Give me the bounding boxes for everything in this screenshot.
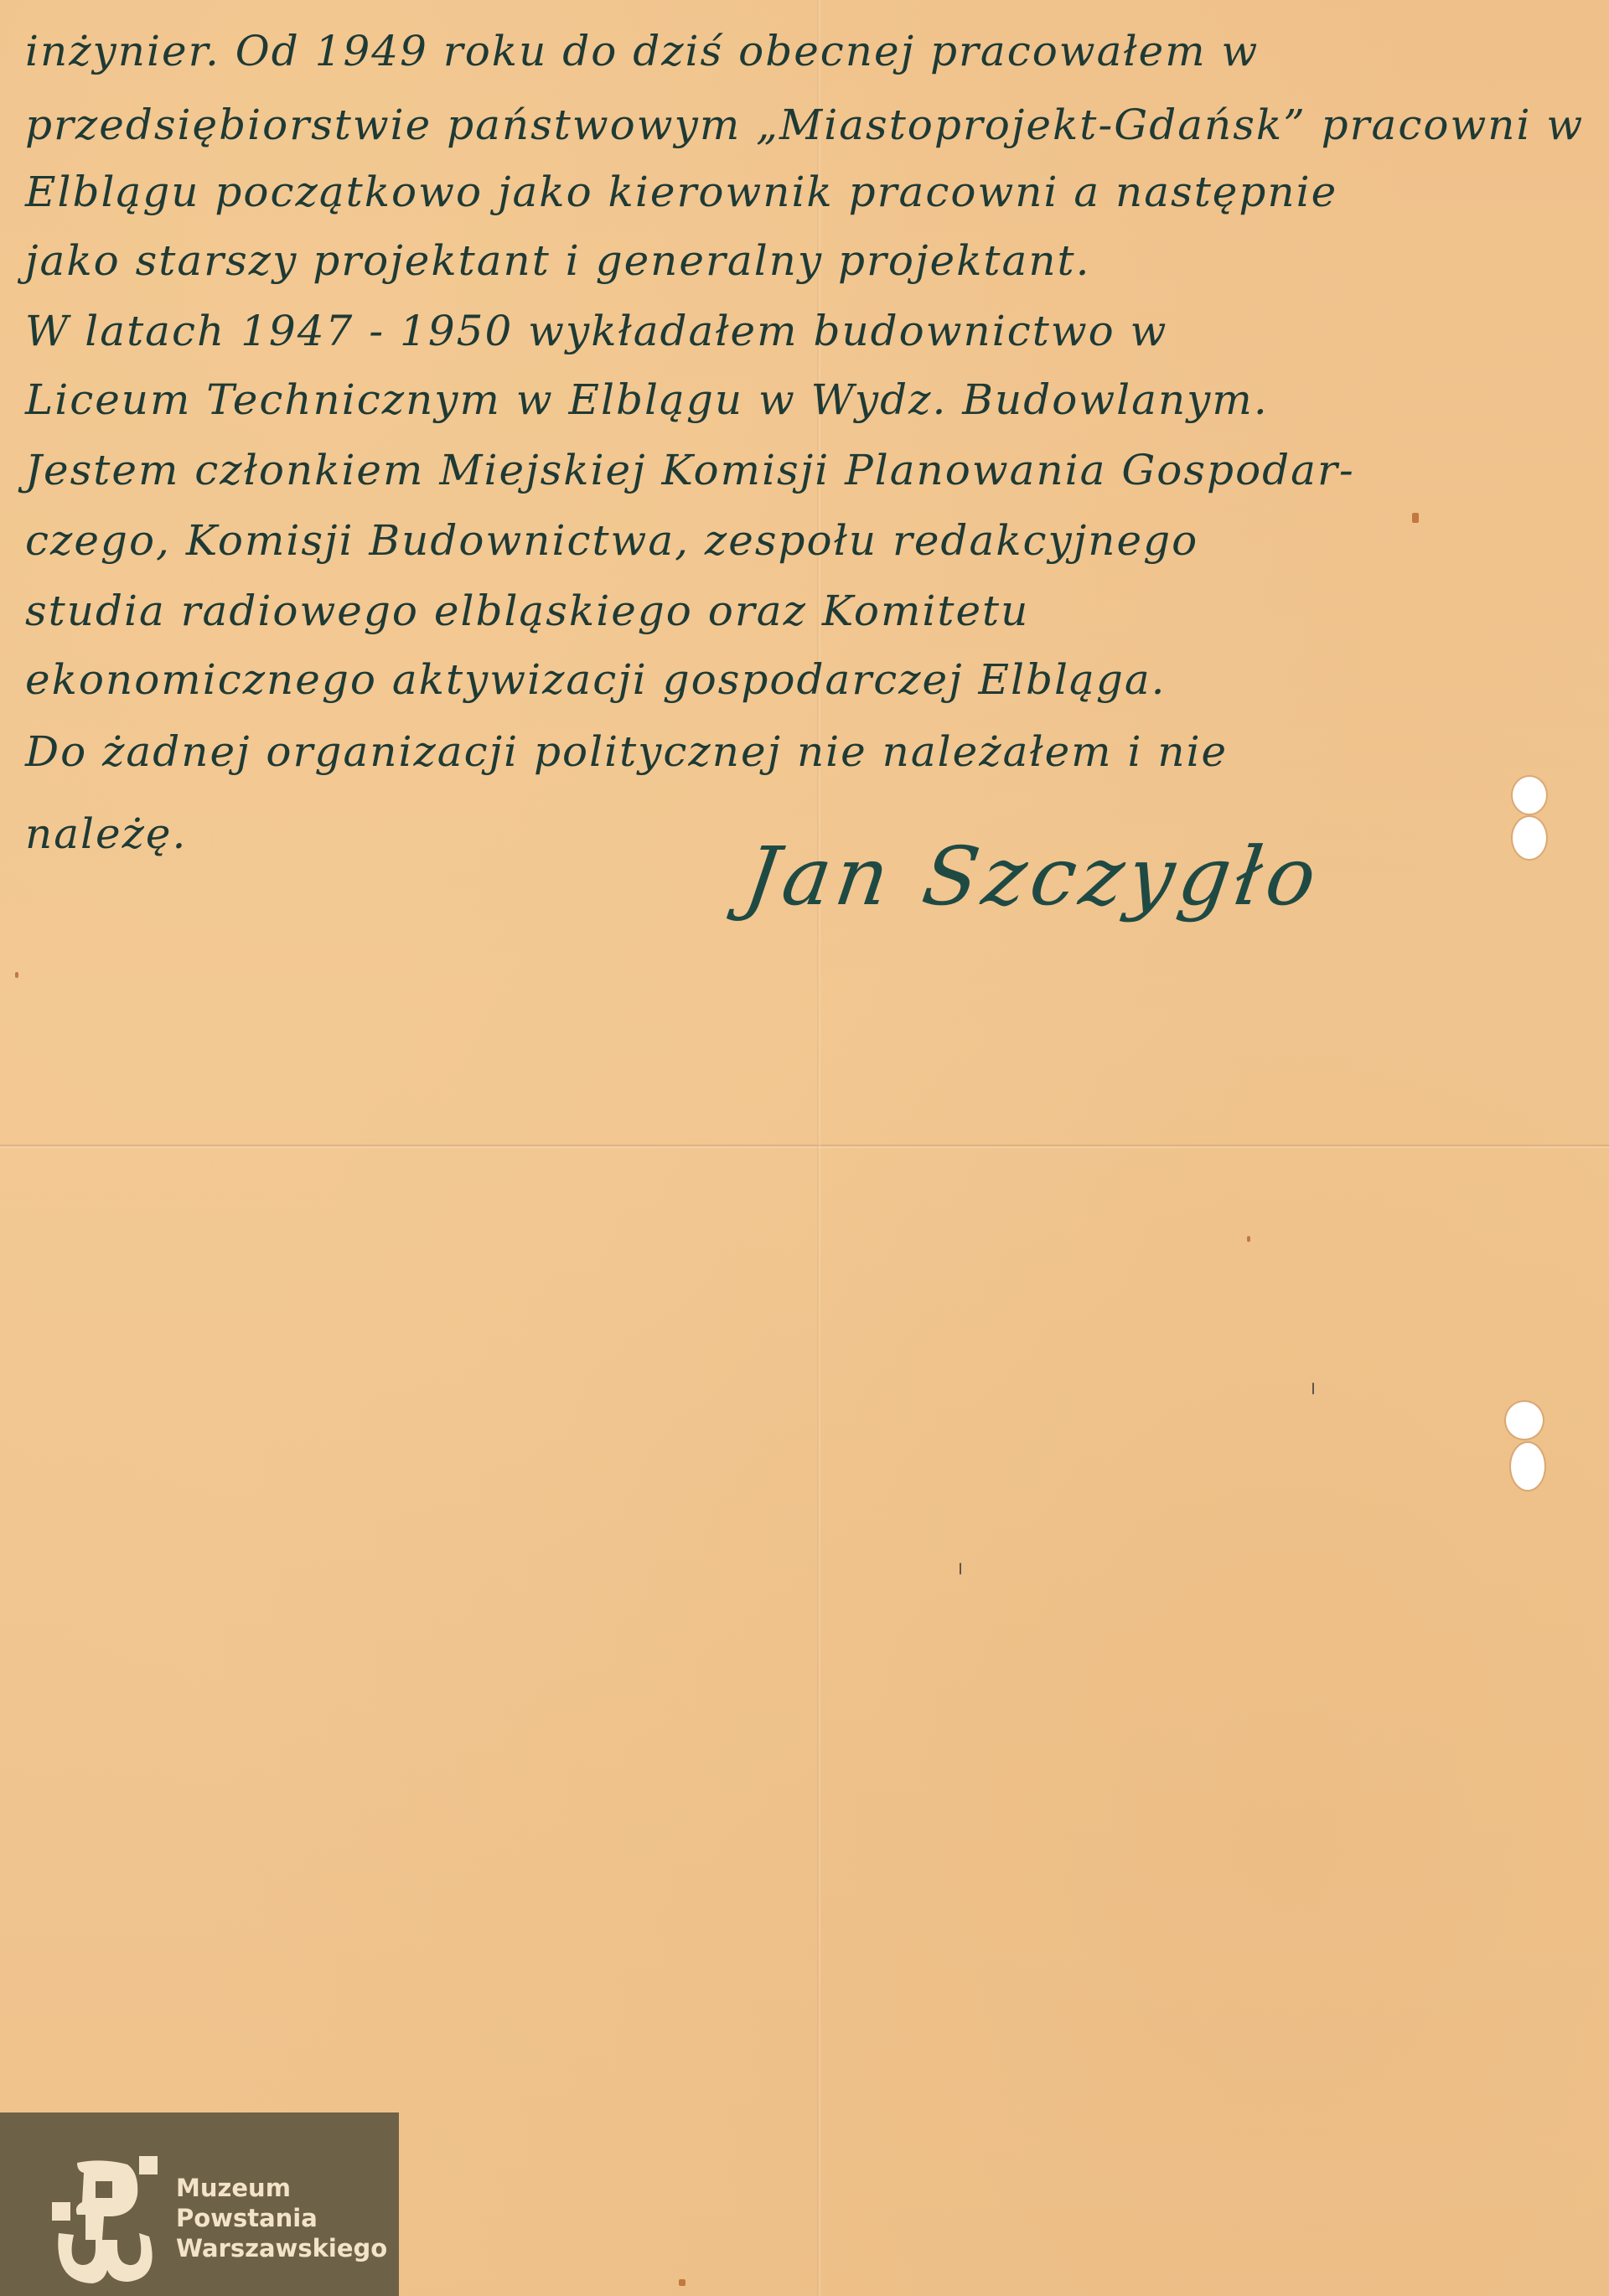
paper-speck [15, 972, 18, 978]
museum-name-line-2: Powstania [176, 2203, 387, 2233]
text-line: przedsiębiorstwie państwowym „Miastoproj… [25, 101, 1584, 149]
text-line: czego, Komisji Budownictwa, zespołu reda… [25, 516, 1198, 565]
text-line: Liceum Technicznym w Elblągu w Wydz. Bud… [25, 375, 1269, 424]
paper-speck [1412, 513, 1419, 523]
museum-name: Muzeum Powstania Warszawskiego [176, 2173, 387, 2263]
text-line: studia radiowego elbląskiego oraz Komite… [25, 587, 1029, 635]
museum-name-line-1: Muzeum [176, 2173, 387, 2203]
kotwica-anchor-logo-icon [52, 2156, 161, 2286]
punch-hole [1513, 817, 1546, 859]
signature: Jan Szczygło [739, 830, 1327, 923]
punch-hole [1513, 777, 1546, 814]
paper-speck [1247, 1236, 1250, 1242]
paper-speck [1312, 1383, 1314, 1394]
punch-hole [1506, 1402, 1543, 1439]
text-line: ekonomicznego aktywizacji gospodarczej E… [25, 655, 1167, 704]
text-line: W latach 1947 - 1950 wykładałem budownic… [25, 307, 1167, 355]
text-line: Jestem członkiem Miejskiej Komisji Plano… [25, 446, 1355, 494]
text-line: należę. [25, 809, 187, 858]
museum-watermark: Muzeum Powstania Warszawskiego [0, 2112, 399, 2296]
text-line: Do żadnej organizacji politycznej nie na… [25, 727, 1228, 776]
text-line: inżynier. Od 1949 roku do dziś obecnej p… [25, 27, 1259, 75]
paper-speck [960, 1563, 961, 1575]
museum-name-line-3: Warszawskiego [176, 2233, 387, 2263]
text-line: jako starszy projektant i generalny proj… [25, 236, 1091, 285]
text-line: Elblągu początkowo jako kierownik pracow… [25, 168, 1337, 216]
horizontal-fold-line [0, 1145, 1609, 1148]
paper-speck [679, 2279, 686, 2286]
punch-hole [1511, 1443, 1544, 1490]
